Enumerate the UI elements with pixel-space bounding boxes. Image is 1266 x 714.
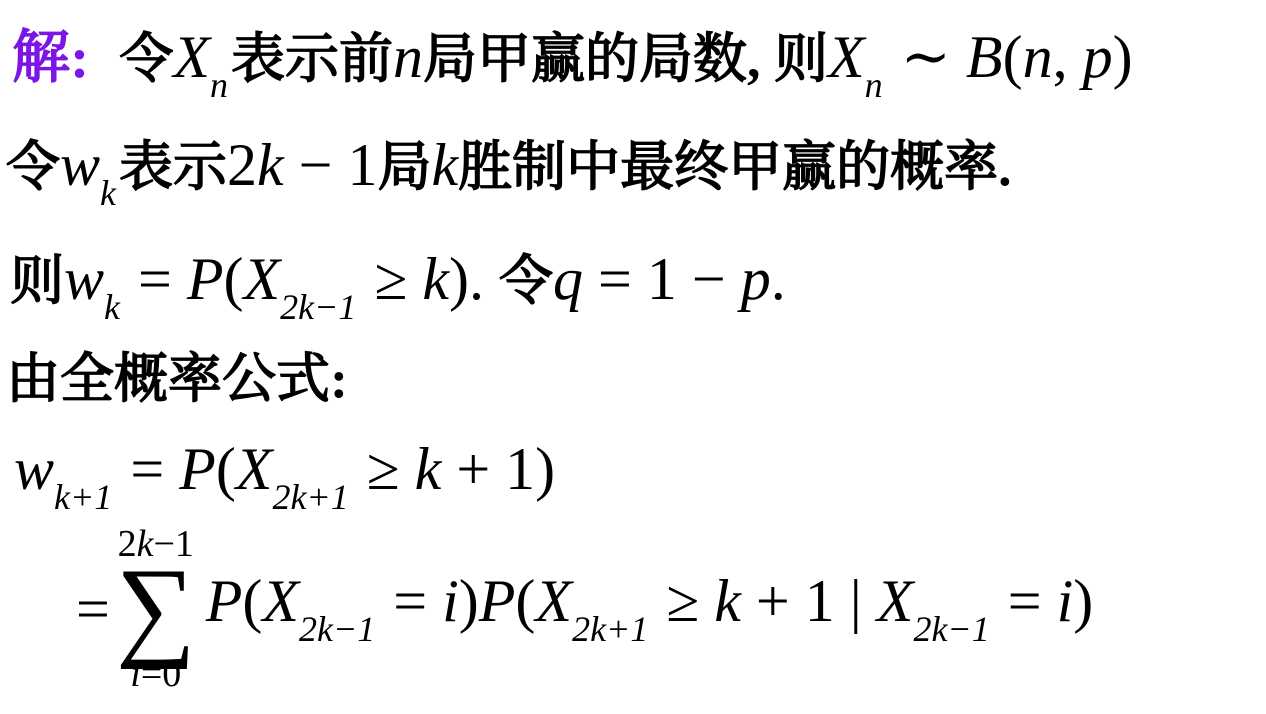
math-variable: P	[179, 436, 216, 502]
math-subscript: k+1	[54, 477, 112, 517]
math-variable: k	[257, 132, 284, 198]
math-variable: k	[714, 568, 741, 634]
paren-close: )	[1073, 568, 1093, 634]
paren-open: (	[515, 568, 535, 634]
math-subscript: 2k−1	[299, 609, 375, 649]
math-variable: P	[479, 568, 516, 634]
cjk-text: 表示	[119, 137, 227, 197]
math-variable: p	[1083, 24, 1113, 90]
geq-operator: ≥	[359, 246, 422, 312]
math-variable: X	[877, 568, 914, 634]
equals-operator: =	[378, 568, 442, 634]
slide-canvas: 解:令Xn表示前n局甲赢的局数, 则Xn ∼ B(n, p) 令wk表示2k −…	[0, 0, 1266, 714]
math-number: 2	[227, 132, 257, 198]
equals-operator: =	[115, 436, 179, 502]
line-6: = 2k−1 ∑ i=0 P(X2k−1 = i)P(X2k+1 ≥ k + 1…	[76, 516, 1093, 702]
paren-close: )	[535, 436, 555, 502]
tilde-operator: ∼	[886, 24, 966, 90]
cjk-text: 则	[774, 29, 828, 89]
paren-open: (	[1003, 24, 1023, 90]
math-variable: w	[14, 436, 54, 502]
cjk-text: 局	[378, 137, 432, 197]
math-variable: i	[1057, 568, 1074, 634]
math-operator: + 1	[441, 436, 535, 502]
paren-open: (	[216, 436, 236, 502]
line-1: 解:令Xn表示前n局甲赢的局数, 则Xn ∼ B(n, p)	[12, 24, 1133, 105]
math-variable: i	[130, 653, 141, 695]
math-variable: w	[64, 246, 104, 312]
math-variable: X	[244, 246, 281, 312]
math-variable: P	[187, 246, 224, 312]
math-variable: k	[432, 132, 459, 198]
math-variable: n	[393, 24, 423, 90]
math-subscript: n	[865, 65, 883, 105]
geq-operator: ≥	[651, 568, 714, 634]
math-operator: − 1	[284, 132, 378, 198]
period: .	[771, 246, 786, 312]
cjk-text: 令	[499, 251, 553, 311]
math-variable: q	[553, 246, 583, 312]
math-variable: X	[236, 436, 273, 502]
geq-operator: ≥	[352, 436, 415, 502]
math-variable: X	[262, 568, 299, 634]
line-5: wk+1 = P(X2k+1 ≥ k + 1)	[14, 436, 555, 517]
math-operator: = 1 −	[583, 246, 741, 312]
sum-expression: P(X2k−1 = i)P(X2k+1 ≥ k + 1 | X2k−1 = i)	[206, 568, 1094, 649]
math-variable: X	[828, 24, 865, 90]
math-variable: n	[1023, 24, 1053, 90]
math-subscript: 2k+1	[272, 477, 348, 517]
equals-operator: =	[123, 246, 187, 312]
math-subscript: 2k−1	[913, 609, 989, 649]
math-variable: X	[535, 568, 572, 634]
line-2: 令wk表示2k − 1局k胜制中最终甲赢的概率.	[6, 132, 1012, 213]
math-variable: k	[422, 246, 449, 312]
paren-close: )	[459, 568, 479, 634]
math-subscript: n	[210, 65, 228, 105]
cjk-text: 则	[10, 251, 64, 311]
math-variable: w	[60, 132, 100, 198]
comma: ,	[1053, 24, 1083, 90]
paren-open: (	[242, 568, 262, 634]
math-subscript: 2k+1	[572, 609, 648, 649]
paren-close: ).	[449, 246, 499, 312]
paren-close: )	[1113, 24, 1133, 90]
math-operator: =0	[141, 653, 181, 695]
cjk-text: 胜制中最终甲赢的概率.	[458, 137, 1012, 197]
paren-open: (	[224, 246, 244, 312]
sigma-symbol: ∑	[116, 563, 196, 655]
line-4: 由全概率公式:	[6, 350, 348, 409]
math-variable: B	[966, 24, 1003, 90]
math-subscript: k	[100, 173, 116, 213]
math-variable: k	[415, 436, 442, 502]
line-3: 则wk = P(X2k−1 ≥ k). 令q = 1 − p.	[10, 246, 786, 327]
cjk-text: 局甲赢的局数,	[423, 29, 774, 89]
equals-operator: =	[993, 568, 1057, 634]
math-subscript: 2k−1	[280, 287, 356, 327]
math-variable: i	[442, 568, 459, 634]
cjk-text: 令	[6, 137, 60, 197]
math-variable: p	[741, 246, 771, 312]
cjk-text: 令	[119, 29, 173, 89]
math-operator: + 1	[741, 568, 835, 634]
math-variable: P	[206, 568, 243, 634]
solution-label: 解:	[12, 25, 89, 90]
vertical-bar: |	[835, 568, 877, 634]
cjk-text: 表示前	[231, 29, 393, 89]
cjk-text: 由全概率公式:	[6, 349, 348, 409]
math-variable: X	[173, 24, 210, 90]
sum-lower-limit: i=0	[130, 655, 181, 693]
math-subscript: k	[104, 287, 120, 327]
summation-block: 2k−1 ∑ i=0	[116, 525, 196, 693]
equals-operator: =	[76, 576, 110, 642]
